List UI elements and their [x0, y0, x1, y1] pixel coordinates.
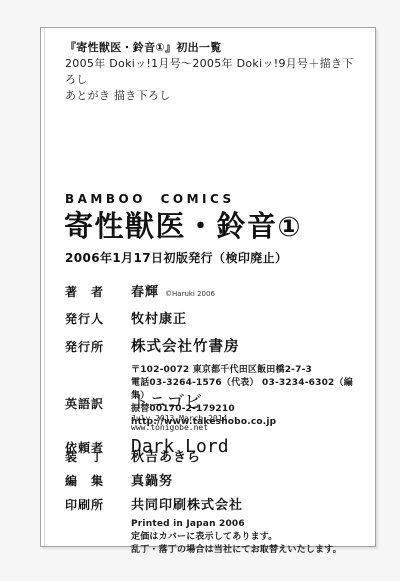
- price-notice: 定価はカバーに表示してあります。: [131, 531, 365, 544]
- credit-label: 編 集: [65, 472, 131, 489]
- credit-value: 株式会社竹書房: [131, 335, 240, 356]
- production-credits: 装 丁 秋吉あきら 編 集 真鍋努 印刷所 共同印刷株式会社 Printed i…: [65, 446, 365, 557]
- credit-label: 装 丁: [65, 448, 131, 465]
- credit-value: 共同印刷株式会社: [131, 494, 243, 513]
- credit-row-issuer: 発行人 牧村康正: [65, 308, 365, 327]
- printing-details: Printed in Japan 2006 定価はカバーに表示してあります。 乱…: [131, 518, 365, 557]
- credit-row-design: 装 丁 秋吉あきら: [65, 446, 365, 465]
- credit-label: 印刷所: [65, 496, 131, 513]
- edition-line: 2006年1月17日初版発行（検印廃止）: [65, 249, 287, 266]
- defect-notice: 乱丁・落丁の場合は当社にてお取替えいたします。: [131, 544, 365, 557]
- page-gutter-line: [44, 28, 45, 546]
- credit-row-printer: 印刷所 共同印刷株式会社: [65, 494, 365, 513]
- printed-in-japan: Printed in Japan 2006: [131, 518, 365, 531]
- credit-row-publisher: 発行所 株式会社竹書房: [65, 335, 365, 356]
- credit-row-translator: 英語訳 トニゴビ: [65, 388, 365, 414]
- publisher-address: 〒102-0072 東京都千代田区飯田橋2-7-3: [131, 364, 365, 377]
- first-publication-title: 『寄性獣医・鈴音①』初出一覧: [65, 40, 355, 56]
- volume-badge: ①: [278, 212, 301, 243]
- credit-value: トニゴビ: [131, 388, 202, 414]
- colophon-page: 『寄性獣医・鈴音①』初出一覧 2005年 Dokiッ!1月号～2005年 Dok…: [40, 27, 376, 547]
- book-title: 寄性獣医・鈴音①: [64, 204, 300, 245]
- translator-url: www.tonigobe.net: [131, 423, 365, 432]
- credit-value: 牧村康正: [131, 308, 187, 327]
- book-title-text: 寄性獣医・鈴音: [64, 209, 278, 243]
- credit-value: 真鍋努: [131, 470, 173, 489]
- credit-row-editing: 編 集 真鍋努: [65, 470, 365, 489]
- first-publication-note: 『寄性獣医・鈴音①』初出一覧 2005年 Dokiッ!1月号～2005年 Dok…: [65, 40, 355, 104]
- credit-value: 秋吉あきら: [131, 446, 201, 465]
- copyright-note: ©Haruki 2006: [165, 290, 215, 298]
- credit-label: 発行人: [65, 310, 131, 327]
- credit-value: 春輝: [131, 281, 159, 300]
- translator-details: July 2013-March 2014 www.tonigobe.net: [131, 414, 365, 432]
- translation-period: July 2013-March 2014: [131, 414, 365, 423]
- credit-label: 発行所: [65, 338, 131, 355]
- credit-row-author: 著 者 春輝 ©Haruki 2006: [65, 281, 365, 300]
- credit-label: 著 者: [65, 283, 131, 300]
- first-publication-line: 2005年 Dokiッ!1月号～2005年 Dokiッ!9月号＋描き下ろし: [65, 56, 355, 88]
- credit-label: 英語訳: [65, 395, 131, 412]
- first-publication-line: あとがき 描き下ろし: [65, 88, 355, 104]
